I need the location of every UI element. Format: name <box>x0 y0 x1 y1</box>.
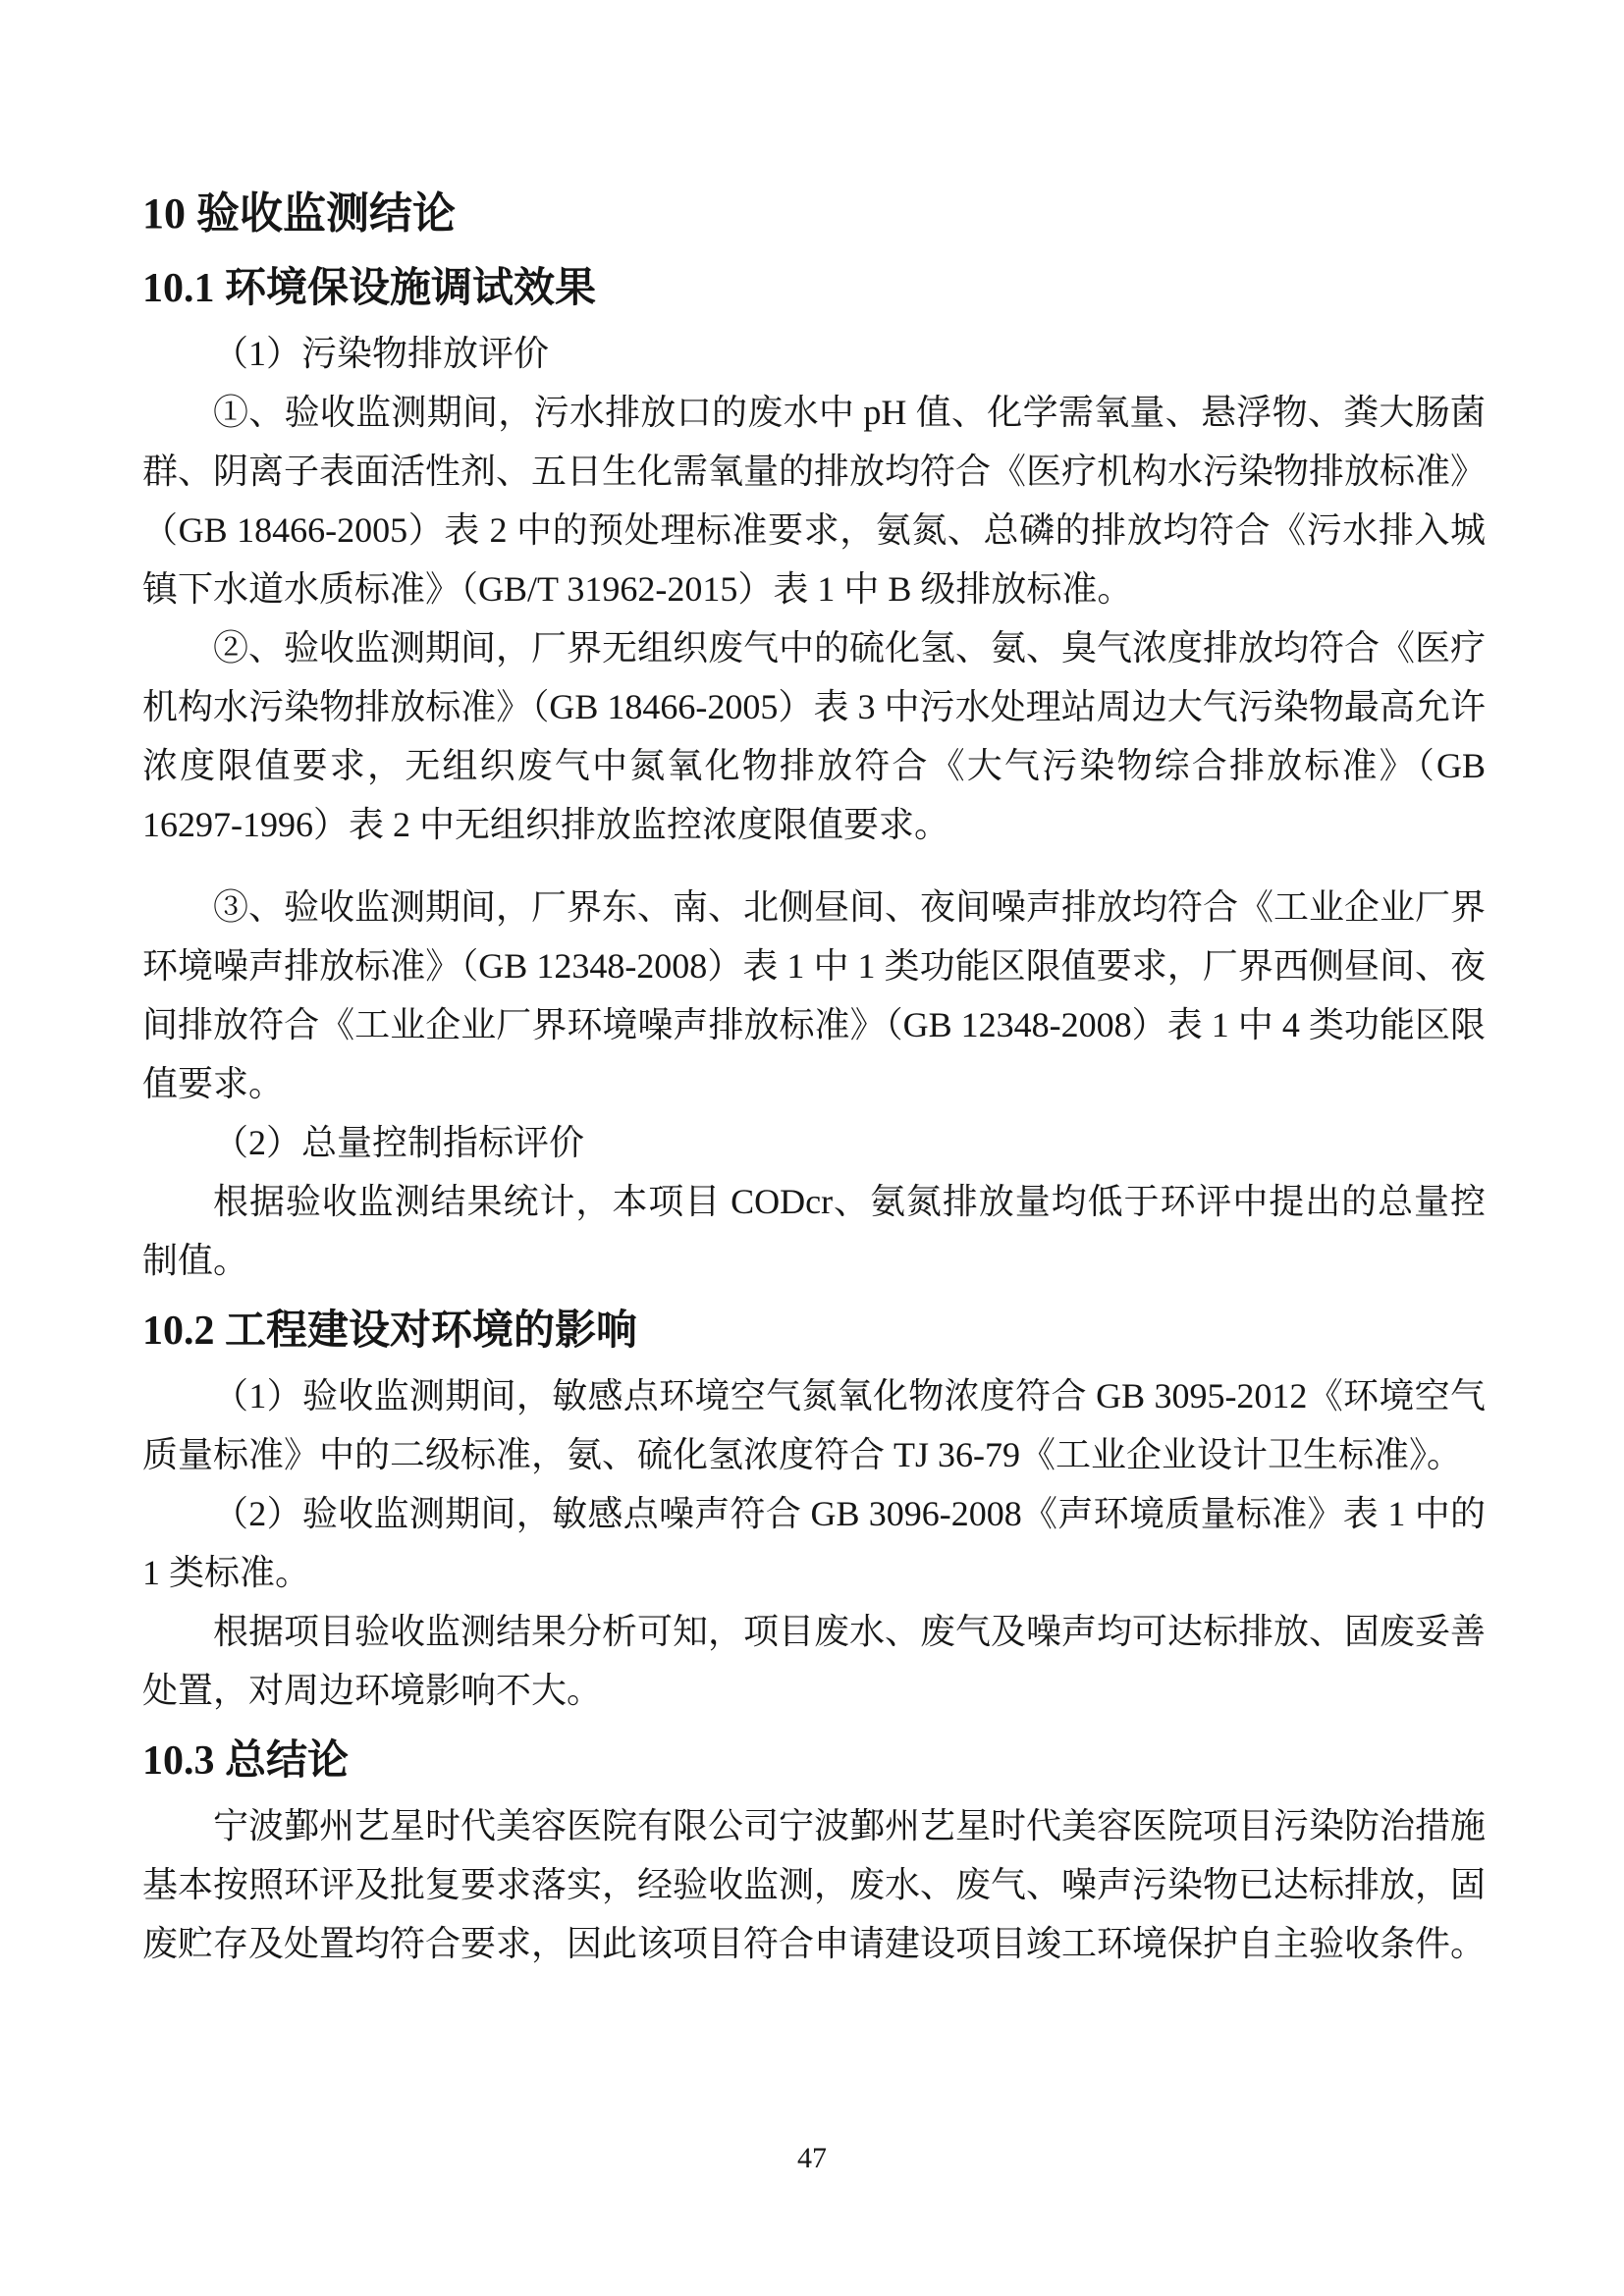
para-env-noise: （2）验收监测期间，敏感点噪声符合 GB 3096-2008《声环境质量标准》表… <box>142 1484 1486 1602</box>
heading-10-1: 10.1 环境保设施调试效果 <box>142 257 1486 320</box>
heading-10: 10 验收监测结论 <box>142 181 1486 247</box>
para-pollutant-eval-label: （1）污染物排放评价 <box>142 324 1486 383</box>
para-item-1-wastewater: ①、验收监测期间，污水排放口的废水中 pH 值、化学需氧量、悬浮物、粪大肠菌群、… <box>142 383 1486 618</box>
heading-10-3: 10.3 总结论 <box>142 1730 1486 1792</box>
para-total-control-label: （2）总量控制指标评价 <box>142 1113 1486 1172</box>
heading-10-2: 10.2 工程建设对环境的影响 <box>142 1300 1486 1362</box>
para-item-3-noise: ③、验收监测期间，厂界东、南、北侧昼间、夜间噪声排放均符合《工业企业厂界环境噪声… <box>142 878 1486 1113</box>
document-page: 10 验收监测结论 10.1 环境保设施调试效果 （1）污染物排放评价 ①、验收… <box>0 0 1624 2296</box>
para-env-summary: 根据项目验收监测结果分析可知，项目废水、废气及噪声均可达标排放、固废妥善处置，对… <box>142 1602 1486 1720</box>
para-final-conclusion: 宁波鄞州艺星时代美容医院有限公司宁波鄞州艺星时代美容医院项目污染防治措施基本按照… <box>142 1796 1486 1973</box>
para-total-control: 根据验收监测结果统计，本项目 CODcr、氨氮排放量均低于环评中提出的总量控制值… <box>142 1172 1486 1290</box>
para-item-2-waste-gas: ②、验收监测期间，厂界无组织废气中的硫化氢、氨、臭气浓度排放均符合《医疗机构水污… <box>142 618 1486 854</box>
document-body: 10 验收监测结论 10.1 环境保设施调试效果 （1）污染物排放评价 ①、验收… <box>142 181 1486 1973</box>
para-env-air-quality: （1）验收监测期间，敏感点环境空气氮氧化物浓度符合 GB 3095-2012《环… <box>142 1366 1486 1484</box>
page-number: 47 <box>0 2142 1624 2175</box>
